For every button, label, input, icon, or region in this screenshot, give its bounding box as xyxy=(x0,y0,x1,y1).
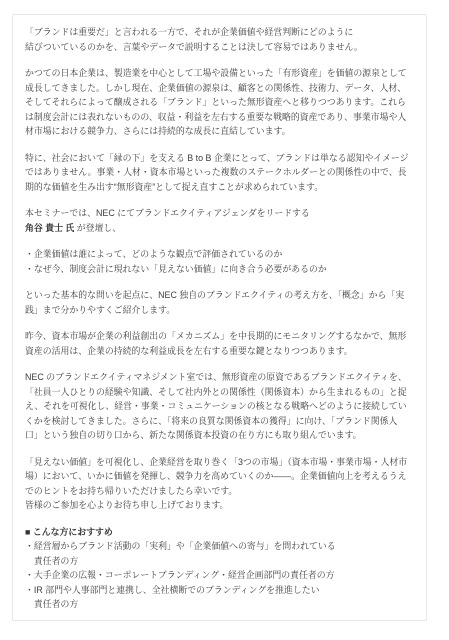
recommend-list: ・経営層からブランド活動の「実利」や「企業価値への寄与」を問われている 責任者の… xyxy=(25,539,414,612)
recommend-item-1: ・経営層からブランド活動の「実利」や「企業価値への寄与」を問われている 責任者の… xyxy=(25,539,414,568)
paragraph-brand-importance: 「ブランドは重要だ」と言われる一方で、それが企業価値や経営判断にどのように 結び… xyxy=(25,25,414,54)
speaker-name: 角谷 貴士 氏 xyxy=(25,223,74,233)
paragraph-nec-room: NEC のブランドエクイティマネジメント室では、無形資産の原資であるブランドエク… xyxy=(25,370,414,443)
recommend-item-2: ・大手企業の広報・コーポレートブランディング・経営企画部門の責任者の方 xyxy=(25,568,414,583)
paragraph-approach: といった基本的な問いを起点に、NEC 独自のブランドエクイティの考え方を、「概念… xyxy=(25,288,414,317)
recommend-heading: ■ こんな方におすすめ xyxy=(25,525,414,540)
recommend-section: ■ こんな方におすすめ ・経営層からブランド活動の「実利」や「企業価値への寄与」… xyxy=(25,525,414,612)
paragraph-btob-brand: 特に、社会において「縁の下」を支える B to B 企業にとって、ブランドは単な… xyxy=(25,151,414,195)
paragraph-closing: 「見えない価値」を可視化し、企業経営を取り巻く「3つの市場」（資本市場・事業市場… xyxy=(25,455,414,513)
paragraph-seminar-speaker: 本セミナーでは、NEC にてブランドエクイティアジェンダをリードする角谷 貴士 … xyxy=(25,206,414,235)
paragraph-intangible-shift: かつての日本企業は、製造業を中心として工場や設備といった「有形資産」を価値の源泉… xyxy=(25,66,414,139)
document-page: 「ブランドは重要だ」と言われる一方で、それが企業価値や経営判断にどのように 結び… xyxy=(0,0,449,640)
seminar-description-card: 「ブランドは重要だ」と言われる一方で、それが企業価値や経営判断にどのように 結び… xyxy=(12,14,427,621)
question-item-1: ・企業価値は誰によって、どのような観点で評価されているのか xyxy=(25,247,414,262)
question-item-2: ・なぜ今、制度会計に現れない「見えない価値」に向き合う必要があるのか xyxy=(25,262,414,277)
question-list: ・企業価値は誰によって、どのような観点で評価されているのか・なぜ今、制度会計に現… xyxy=(25,247,414,276)
recommend-item-3: ・IR 部門や人事部門と連携し、全社横断でのブランディングを推進したい 責任者の… xyxy=(25,583,414,612)
seminar-lead-text: 本セミナーでは、NEC にてブランドエクイティアジェンダをリードする xyxy=(25,208,310,218)
speaker-suffix: が登壇し、 xyxy=(74,223,121,233)
paragraph-capital-market: 昨今、資本市場が企業の利益創出の「メカニズム」を中長期的にモニタリングするなかで… xyxy=(25,329,414,358)
